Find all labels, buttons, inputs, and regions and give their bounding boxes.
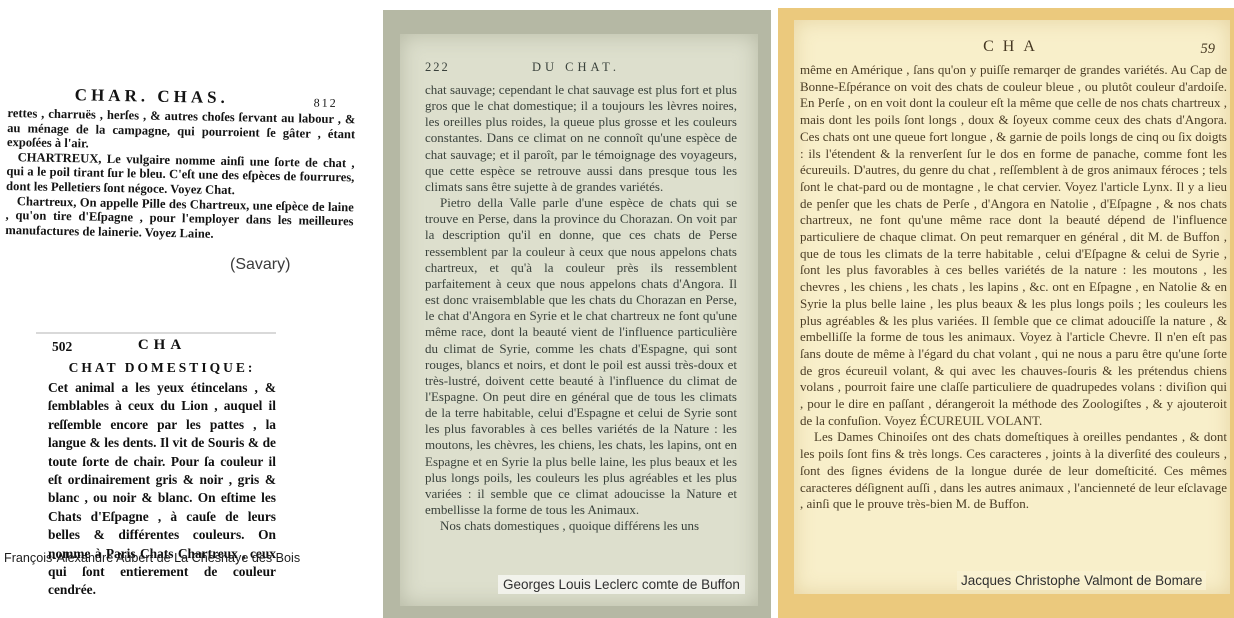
- buffon-header-row: 222 DU CHAT.: [425, 60, 737, 76]
- excerpt2-page-number: 502: [52, 339, 72, 355]
- excerpt1-running-head: CHAR. CHAS.: [8, 84, 356, 110]
- excerpt2-body: Cet animal a les yeux étincelans , & ſem…: [48, 379, 276, 600]
- bomare-header-row: CHA 59: [800, 38, 1227, 58]
- bomare-running-head: CHA: [800, 38, 1227, 56]
- buffon-text-block: 222 DU CHAT. chat sauvage; cependant le …: [425, 60, 737, 534]
- buffon-paragraph: chat sauvage; cependant le chat sauvage …: [425, 82, 737, 195]
- buffon-paragraph: Nos chats domestiques , quoique différen…: [425, 518, 737, 534]
- excerpt2-entry-title: CHAT DOMESTIQUE:: [48, 360, 276, 376]
- attribution-savary: (Savary): [230, 256, 290, 274]
- buffon-paragraph: Pietro della Valle parle d'une espèce de…: [425, 195, 737, 518]
- buffon-page-surface: 222 DU CHAT. chat sauvage; cependant le …: [400, 34, 758, 606]
- excerpt2-header-row: 502 CHA: [48, 337, 276, 356]
- excerpt2-running-head: CHA: [48, 337, 276, 354]
- buffon-page-number: 222: [425, 60, 450, 75]
- bomare-paragraph: Les Dames Chinoiſes ont des chats domeſt…: [800, 429, 1227, 513]
- excerpt1-page-number: 812: [314, 96, 338, 111]
- excerpt1-paragraph: rettes , charruës , herſes , & autres ch…: [7, 106, 356, 156]
- screenshot-canvas: CHAR. CHAS. 812 rettes , charruës , herſ…: [0, 0, 1234, 618]
- dictionary-excerpt-savary: CHAR. CHAS. 812 rettes , charruës , herſ…: [5, 84, 356, 244]
- excerpt1-paragraph: CHARTREUX, Le vulgaire nomme ainſi une ſ…: [6, 150, 355, 200]
- bomare-text-block: CHA 59 même en Amérique , ſans qu'on y p…: [800, 38, 1227, 513]
- bomare-page-number: 59: [1201, 41, 1216, 58]
- bomare-page-surface: CHA 59 même en Amérique , ſans qu'on y p…: [794, 20, 1230, 594]
- buffon-running-head: DU CHAT.: [425, 60, 737, 75]
- scan-page-bomare: CHA 59 même en Amérique , ſans qu'on y p…: [778, 8, 1234, 618]
- excerpt1-paragraph: Chartreux, On appelle Pille des Chartreu…: [5, 194, 354, 244]
- bomare-paragraph: même en Amérique , ſans qu'on y puiſſe r…: [800, 62, 1227, 429]
- attribution-buffon: Georges Louis Leclerc comte de Buffon: [498, 575, 745, 594]
- attribution-chesnaye: François-Alexandre Aubert de La Chesnaye…: [4, 551, 300, 565]
- scan-page-buffon: 222 DU CHAT. chat sauvage; cependant le …: [383, 10, 771, 618]
- divider-line: [36, 332, 276, 334]
- attribution-bomare: Jacques Christophe Valmont de Bomare: [957, 571, 1206, 590]
